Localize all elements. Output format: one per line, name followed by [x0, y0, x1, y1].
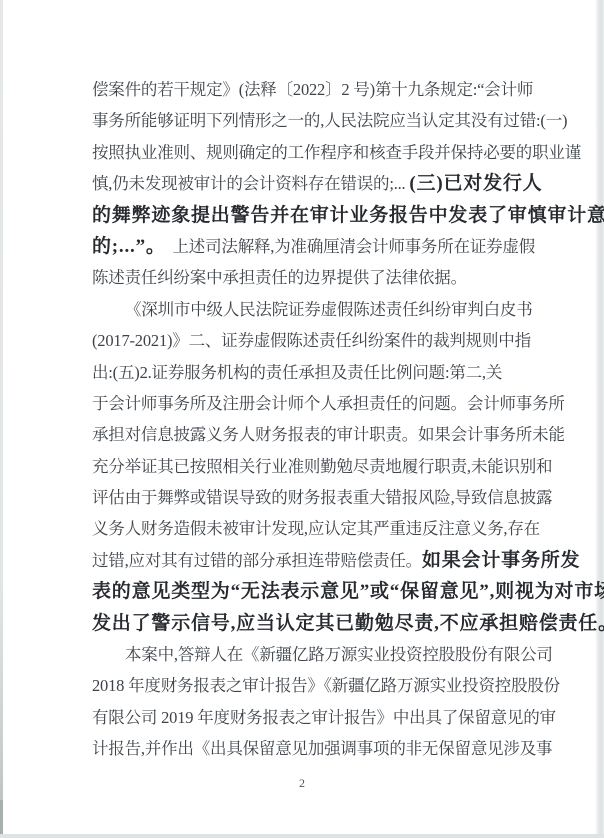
text-line-9: (2017-2021)》二、证券虚假陈述责任纠纷案件的裁判规则中指: [92, 325, 584, 356]
text-line-16: 过错,应对其有过错的部分承担连带赔偿责任。如果会计事务所发: [92, 545, 584, 576]
scan-edge-right: [595, 0, 604, 838]
text-line-18: 发出了警示信号,应当认定其已勤勉尽责,不应承担赔偿责任。: [92, 608, 584, 639]
text-segment: (2017-2021)》二、证券虚假陈述责任纠纷案件的裁判规则中指: [92, 331, 531, 350]
text-segment: 如果会计事务所发: [422, 550, 580, 571]
text-line-1: 偿案件的若干规定》(法释〔2022〕2 号)第十九条规定:“会计师: [92, 74, 584, 105]
text-line-2: 事务所能够证明下列情形之一的,人民法院应当认定其没有过错:(一): [92, 105, 584, 136]
text-segment: 计报告,并作出《出具保留意见加强调事项的非无保留意见涉及事: [92, 739, 552, 758]
text-line-10: 出:(五)2.证券服务机构的责任承担及责任比例问题:第二,关: [92, 357, 584, 388]
text-line-15: 义务人财务造假未被审计发现,应认定其严重违反注意义务,存在: [92, 513, 584, 544]
text-line-7: 陈述责任纠纷案中承担责任的边界提供了法律依据。: [92, 262, 584, 293]
text-line-22: 计报告,并作出《出具保留意见加强调事项的非无保留意见涉及事: [92, 733, 584, 764]
text-segment: 有限公司 2019 年度财务报表之审计报告》中出具了保留意见的审: [92, 708, 556, 727]
text-line-12: 承担对信息披露义务人财务报表的审计职责。如果会计事务所未能: [92, 419, 584, 450]
text-line-8: 《深圳市中级人民法院证券虚假陈述责任纠纷审判白皮书: [92, 294, 584, 325]
text-line-4: 慎,仍未发现被审计的会计资料存在错误的;... (三)已对发行人: [92, 168, 584, 199]
text-line-20: 2018 年度财务报表之审计报告》《新疆亿路万源实业投资控股股份: [92, 670, 584, 701]
text-line-11: 于会计师事务所及注册会计师个人承担责任的问题。会计师事务所: [92, 388, 584, 419]
text-segment: 上述司法解释,为准确厘清会计师事务所在证券虚假: [156, 237, 535, 256]
text-segment: 评估由于舞弊或错误导致的财务报表重大错报风险,导致信息披露: [92, 488, 552, 507]
text-line-5: 的舞弊迹象提出警告并在审计业务报告中发表了审慎审计意见: [92, 200, 584, 231]
text-line-19: 本案中,答辩人在《新疆亿路万源实业投资控股股份有限公司: [92, 639, 584, 670]
text-segment: 出:(五)2.证券服务机构的责任承担及责任比例问题:第二,关: [92, 363, 502, 382]
text-segment: (三)已对发行人: [409, 173, 542, 194]
text-line-21: 有限公司 2019 年度财务报表之审计报告》中出具了保留意见的审: [92, 702, 584, 733]
text-segment: 本案中,答辩人在《新疆亿路万源实业投资控股股份有限公司: [125, 645, 553, 664]
text-segment: 的舞弊迹象提出警告并在审计业务报告中发表了审慎审计意见: [92, 205, 604, 226]
text-line-6: 的;...”。 上述司法解释,为准确厘清会计师事务所在证券虚假: [92, 231, 584, 262]
text-segment: 承担对信息披露义务人财务报表的审计职责。如果会计事务所未能: [92, 425, 565, 444]
text-segment: 按照执业准则、规则确定的工作程序和核查手段并保持必要的职业谨: [92, 143, 581, 162]
scan-edge-left-bottom: [0, 800, 3, 838]
text-segment: 于会计师事务所及注册会计师个人承担责任的问题。会计师事务所: [92, 394, 565, 413]
text-segment: 表的意见类型为“无法表示意见”或“保留意见”,则视为对市场: [92, 581, 604, 602]
text-segment: 《深圳市中级人民法院证券虚假陈述责任纠纷审判白皮书: [125, 300, 533, 319]
text-segment: 充分举证其已按照相关行业准则勤勉尽责地履行职责,未能识别和: [92, 457, 552, 476]
text-segment: 发出了警示信号,应当认定其已勤勉尽责,不应承担赔偿责任。: [92, 613, 604, 634]
text-segment: 慎,仍未发现被审计的会计资料存在错误的;...: [92, 174, 409, 193]
text-segment: 过错,应对其有过错的部分承担连带赔偿责任。: [92, 551, 422, 570]
text-segment: 的;...”。: [92, 236, 156, 257]
document-text-block: 偿案件的若干规定》(法释〔2022〕2 号)第十九条规定:“会计师事务所能够证明…: [92, 74, 584, 765]
scan-edge-bottom: [0, 834, 604, 838]
text-line-17: 表的意见类型为“无法表示意见”或“保留意见”,则视为对市场: [92, 576, 584, 607]
text-segment: 2018 年度财务报表之审计报告》《新疆亿路万源实业投资控股股份: [92, 676, 560, 695]
text-line-3: 按照执业准则、规则确定的工作程序和核查手段并保持必要的职业谨: [92, 137, 584, 168]
scan-edge-left: [0, 0, 3, 838]
text-line-13: 充分举证其已按照相关行业准则勤勉尽责地履行职责,未能识别和: [92, 451, 584, 482]
text-line-14: 评估由于舞弊或错误导致的财务报表重大错报风险,导致信息披露: [92, 482, 584, 513]
text-segment: 义务人财务造假未被审计发现,应认定其严重违反注意义务,存在: [92, 519, 540, 538]
text-segment: 事务所能够证明下列情形之一的,人民法院应当认定其没有过错:(一): [92, 111, 567, 130]
scanned-document-page: 偿案件的若干规定》(法释〔2022〕2 号)第十九条规定:“会计师事务所能够证明…: [0, 0, 604, 838]
page-number: 2: [0, 776, 604, 791]
text-segment: 偿案件的若干规定》(法释〔2022〕2 号)第十九条规定:“会计师: [92, 80, 533, 99]
text-segment: 陈述责任纠纷案中承担责任的边界提供了法律依据。: [92, 268, 467, 287]
